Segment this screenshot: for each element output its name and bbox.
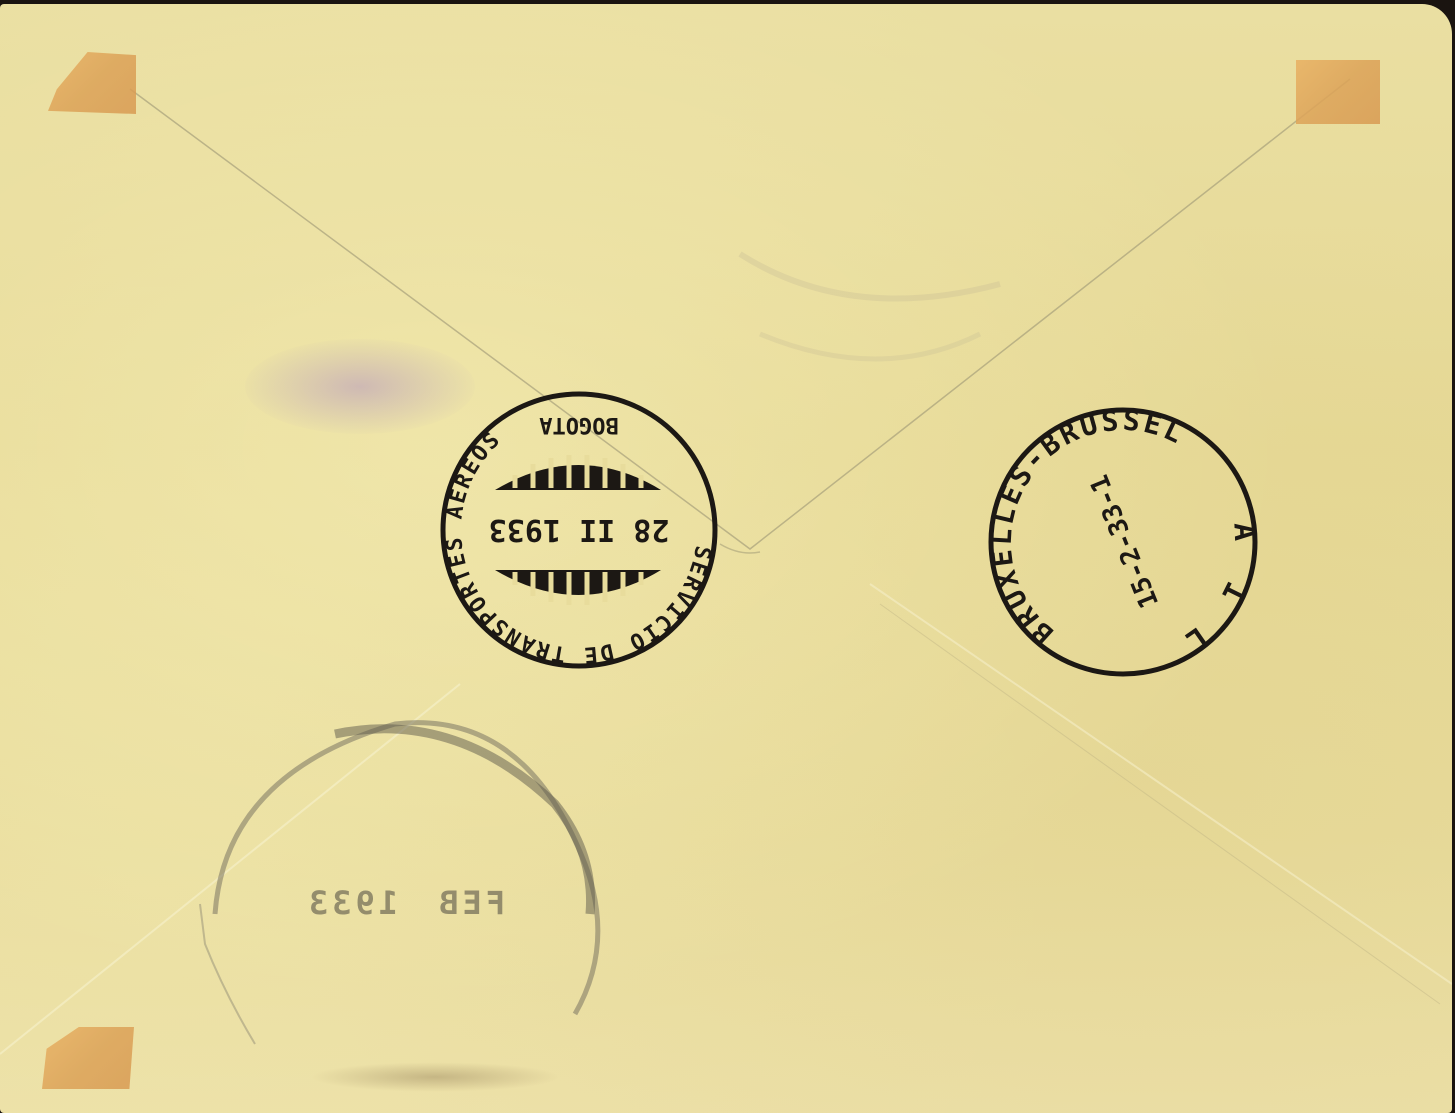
bogota-postmark: SERVICIO DE TRANSPORTES AEREOS BOGOTA 28…: [437, 380, 722, 680]
svg-text:FEB 1933: FEB 1933: [305, 884, 505, 922]
brussels-ring-text: BRUXELLES-BRUSSEL: [985, 404, 1193, 661]
faint-year-text: 1933: [305, 884, 398, 922]
faint-postmark: FEB 1933: [195, 714, 615, 1074]
brussels-date-text: 15-2-33-1: [1085, 470, 1166, 612]
faint-prefix-text: FEB: [435, 884, 505, 922]
tape-remnant-top-right: [1296, 60, 1380, 124]
brussels-office-code: A 1 L: [1157, 507, 1261, 673]
svg-text:BRUXELLES-BRUSSEL: BRUXELLES-BRUSSEL: [985, 404, 1193, 661]
bogota-city-text: BOGOTA: [539, 412, 618, 437]
bogota-date-text: 28 II 1933: [489, 512, 670, 547]
brussels-postmark: BRUXELLES-BRUSSEL A 1 L 15-2-33-1: [985, 404, 1261, 680]
svg-text:A 1 L: A 1 L: [1157, 507, 1261, 673]
envelope-back: SERVICIO DE TRANSPORTES AEREOS BOGOTA 28…: [0, 4, 1452, 1113]
